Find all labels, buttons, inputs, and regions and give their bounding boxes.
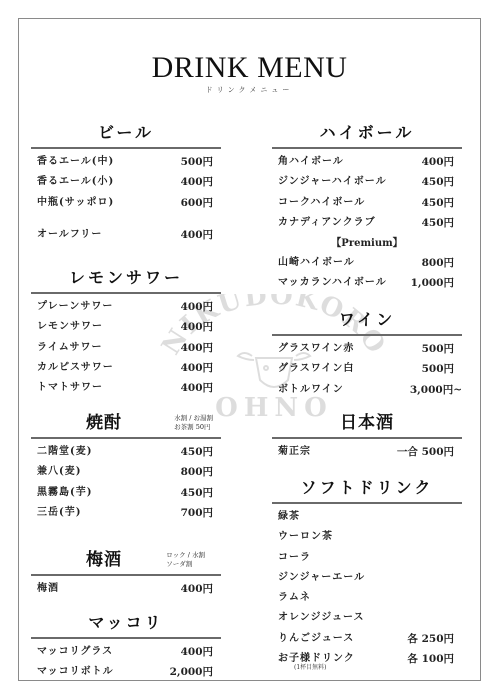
item-list: 香るエール(中) 500円 香るエール(小) 400円 中瓶(サッポロ) 600… — [31, 149, 221, 245]
section-header: 梅酒 ロック / 水割 ソーダ割 — [31, 546, 221, 576]
item-price: 3,000円~ — [410, 380, 462, 400]
section-title: マッコリ — [31, 610, 221, 633]
item-price: 800円 — [422, 253, 454, 273]
section-header: ビール — [31, 119, 221, 149]
menu-item: 山崎ハイボール 800円 — [272, 253, 462, 273]
item-name: レモンサワー — [37, 317, 103, 337]
item-price: 450円 — [422, 172, 454, 192]
section-title: ワイン — [272, 307, 462, 330]
item-price: 400円 — [422, 152, 454, 172]
item-price: 450円 — [181, 442, 213, 462]
menu-item: 角ハイボール 400円 — [272, 152, 462, 172]
item-price: 400円 — [181, 317, 213, 337]
menu-item: マッコリボトル 2,000円 — [31, 662, 221, 682]
item-price: 一合 500円 — [397, 442, 454, 462]
section-header: マッコリ — [31, 609, 221, 639]
section-beer: ビール 香るエール(中) 500円 香るエール(小) 400円 中瓶(サッポロ)… — [31, 119, 221, 245]
item-name: 香るエール(小) — [37, 172, 114, 192]
page-subtitle: ドリンクメニュー — [19, 85, 480, 95]
menu-item: グラスワイン赤 500円 — [272, 339, 462, 359]
item-name: ボトルワイン — [278, 380, 344, 400]
item-list: 緑茶 ウーロン茶 コーラ ジンジャーエール ラムネ オレンジジュース — [272, 504, 462, 669]
menu-item: 黒霧島(芋) 450円 — [31, 483, 221, 503]
item-name: カナディアンクラブ — [278, 213, 376, 233]
item-price: 1,000円 — [411, 273, 454, 293]
menu-item: りんごジュース 各 250円 — [272, 629, 462, 649]
item-price: 400円 — [181, 172, 213, 192]
section-note: ロック / 水割 ソーダ割 — [166, 551, 205, 569]
item-name: 山崎ハイボール — [278, 253, 355, 273]
item-name: カルピスサワー — [37, 358, 114, 378]
item-list: 二階堂(麦) 450円 兼八(麦) 800円 黒霧島(芋) 450円 三岳(芋)… — [31, 439, 221, 523]
item-note: (1杯目無料) — [294, 664, 327, 672]
section-title: 焼酎 — [86, 408, 122, 433]
section-header: ソフトドリンク — [272, 474, 462, 504]
item-list: プレーンサワー 400円 レモンサワー 400円 ライムサワー 400円 カルピ… — [31, 294, 221, 398]
section-header: 焼酎 水割 / お湯割 お茶割 50円 — [31, 409, 221, 439]
note-line: ロック / 水割 — [166, 551, 205, 560]
section-title: ハイボール — [272, 120, 462, 143]
item-name: オレンジジュース — [278, 608, 365, 628]
item-name: 菊正宗 — [278, 442, 311, 462]
item-price: 2,000円 — [170, 662, 213, 682]
item-name: オールフリー — [37, 225, 102, 245]
note-line: お茶割 50円 — [174, 423, 213, 432]
section-soft-drinks: ソフトドリンク 緑茶 ウーロン茶 コーラ ジンジャーエール ラムネ — [272, 474, 462, 669]
menu-item: コーラ — [272, 548, 462, 568]
item-price: 450円 — [422, 213, 454, 233]
item-price: 400円 — [181, 579, 213, 599]
item-price: 800円 — [181, 462, 213, 482]
section-shochu: 焼酎 水割 / お湯割 お茶割 50円 二階堂(麦) 450円 兼八(麦) 80… — [31, 409, 221, 523]
menu-item: 三岳(芋) 700円 — [31, 503, 221, 523]
menu-item: 中瓶(サッポロ) 600円 — [31, 193, 221, 213]
item-price: 400円 — [181, 297, 213, 317]
item-name: 黒霧島(芋) — [37, 483, 92, 503]
menu-item: ライムサワー 400円 — [31, 338, 221, 358]
item-name: トマトサワー — [37, 378, 103, 398]
section-header: ワイン — [272, 306, 462, 336]
menu-item: トマトサワー 400円 — [31, 378, 221, 398]
menu-item: カルピスサワー 400円 — [31, 358, 221, 378]
item-price: 700円 — [181, 503, 213, 523]
menu-item: 二階堂(麦) 450円 — [31, 442, 221, 462]
item-name: 梅酒 — [37, 579, 59, 599]
item-name: りんごジュース — [278, 629, 354, 649]
menu-item: 梅酒 400円 — [31, 579, 221, 599]
item-name: グラスワイン赤 — [278, 339, 354, 359]
item-price: 400円 — [181, 642, 213, 662]
item-name: プレーンサワー — [37, 297, 113, 317]
menu-item: ジンジャーハイボール 450円 — [272, 172, 462, 192]
menu-item: レモンサワー 400円 — [31, 317, 221, 337]
item-name: 緑茶 — [278, 507, 300, 527]
item-name: 中瓶(サッポロ) — [37, 193, 114, 213]
menu-item: プレーンサワー 400円 — [31, 297, 221, 317]
item-name: ラムネ — [278, 588, 311, 608]
menu-item: オレンジジュース — [272, 608, 462, 628]
page-title: DRINK MENU — [19, 51, 480, 85]
note-line: ソーダ割 — [166, 560, 205, 569]
menu-item: マッコリグラス 400円 — [31, 642, 221, 662]
item-price: 各 100円 — [407, 649, 454, 669]
section-highball: ハイボール 角ハイボール 400円 ジンジャーハイボール 450円 コークハイボ… — [272, 119, 462, 294]
item-list: 菊正宗 一合 500円 — [272, 439, 462, 462]
section-wine: ワイン グラスワイン赤 500円 グラスワイン白 500円 ボトルワイン 3,0… — [272, 306, 462, 400]
item-price: 500円 — [422, 339, 454, 359]
section-makgeolli: マッコリ マッコリグラス 400円 マッコリボトル 2,000円 — [31, 609, 221, 683]
item-name: コークハイボール — [278, 193, 365, 213]
item-price: 600円 — [181, 193, 213, 213]
item-price: 450円 — [422, 193, 454, 213]
menu-item: お子様ドリンク 各 100円 (1杯目無料) — [272, 649, 462, 669]
section-header: ハイボール — [272, 119, 462, 149]
section-header: レモンサワー — [31, 264, 221, 294]
menu-page: DRINK MENU ドリンクメニュー NIKUDOKORO OHNO ビール — [18, 18, 481, 681]
menu-item: 香るエール(小) 400円 — [31, 172, 221, 192]
menu-item: 香るエール(中) 500円 — [31, 152, 221, 172]
item-name: ジンジャーエール — [278, 568, 365, 588]
item-price: 450円 — [181, 483, 213, 503]
menu-item: 兼八(麦) 800円 — [31, 462, 221, 482]
section-sake: 日本酒 菊正宗 一合 500円 — [272, 409, 462, 462]
menu-item: グラスワイン白 500円 — [272, 359, 462, 379]
item-name: 香るエール(中) — [37, 152, 114, 172]
menu-item: ジンジャーエール — [272, 568, 462, 588]
item-name: マッコリボトル — [37, 662, 114, 682]
item-name: 三岳(芋) — [37, 503, 81, 523]
item-name: 二階堂(麦) — [37, 442, 92, 462]
section-title: ビール — [31, 120, 221, 143]
section-title: 梅酒 — [86, 545, 122, 570]
item-price: 500円 — [422, 359, 454, 379]
item-price: 400円 — [181, 358, 213, 378]
section-lemon-sour: レモンサワー プレーンサワー 400円 レモンサワー 400円 ライムサワー 4… — [31, 264, 221, 398]
menu-item: ボトルワイン 3,000円~ — [272, 380, 462, 400]
menu-item: ラムネ — [272, 588, 462, 608]
item-name: ライムサワー — [37, 338, 103, 358]
item-list: グラスワイン赤 500円 グラスワイン白 500円 ボトルワイン 3,000円~ — [272, 336, 462, 400]
item-name: グラスワイン白 — [278, 359, 354, 379]
section-umeshu: 梅酒 ロック / 水割 ソーダ割 梅酒 400円 — [31, 546, 221, 599]
premium-label: 【Premium】 — [272, 233, 462, 253]
item-price: 400円 — [181, 378, 213, 398]
menu-item: オールフリー 400円 — [31, 225, 221, 245]
menu-item: 菊正宗 一合 500円 — [272, 442, 462, 462]
item-name: 角ハイボール — [278, 152, 344, 172]
note-line: 水割 / お湯割 — [174, 414, 213, 423]
item-name: 兼八(麦) — [37, 462, 81, 482]
item-name: マッコリグラス — [37, 642, 113, 662]
item-list: 梅酒 400円 — [31, 576, 221, 599]
item-price: 各 250円 — [407, 629, 454, 649]
section-title: 日本酒 — [272, 408, 462, 433]
item-list: 角ハイボール 400円 ジンジャーハイボール 450円 コークハイボール 450… — [272, 149, 462, 294]
item-price: 400円 — [181, 225, 213, 245]
menu-item: カナディアンクラブ 450円 — [272, 213, 462, 233]
item-name: ジンジャーハイボール — [278, 172, 387, 192]
item-name: ウーロン茶 — [278, 527, 333, 547]
menu-item: 緑茶 — [272, 507, 462, 527]
menu-item: コークハイボール 450円 — [272, 193, 462, 213]
item-price: 400円 — [181, 338, 213, 358]
item-name: マッカランハイボール — [278, 273, 387, 293]
menu-item: ウーロン茶 — [272, 527, 462, 547]
item-price: 500円 — [181, 152, 213, 172]
section-title: レモンサワー — [31, 265, 221, 288]
section-header: 日本酒 — [272, 409, 462, 439]
menu-item: マッカランハイボール 1,000円 — [272, 273, 462, 293]
section-title: ソフトドリンク — [272, 475, 462, 498]
item-list: マッコリグラス 400円 マッコリボトル 2,000円 — [31, 639, 221, 683]
item-name: コーラ — [278, 548, 311, 568]
section-note: 水割 / お湯割 お茶割 50円 — [174, 414, 213, 432]
